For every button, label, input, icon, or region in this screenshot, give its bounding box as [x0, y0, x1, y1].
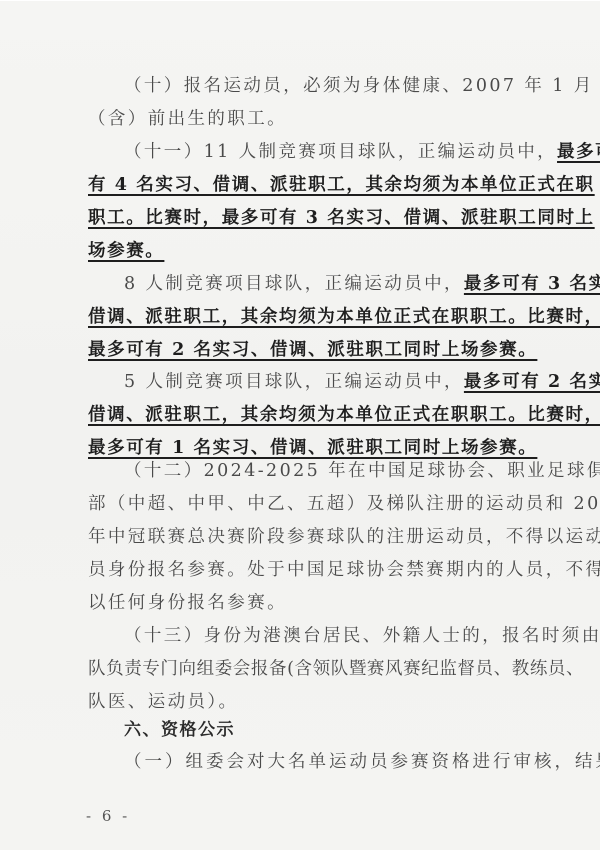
- line-text: （十三）身份为港澳台居民、外籍人士的，报名时须由领: [124, 626, 600, 646]
- line-text: （十）报名运动员，必须为身体健康、2007 年 1 月 1 日: [124, 76, 600, 96]
- emphasized-text: 最多可有 1 名实习、借调、派驻职工同时上场参赛。: [88, 438, 537, 458]
- emphasized-text: 最多可有 3 名实习、: [464, 274, 600, 294]
- emphasized-text: 最多可有 2 名实习、: [464, 372, 600, 392]
- emphasized-text: 借调、派驻职工，其余均须为本单位正式在职职工。比赛时，: [88, 405, 600, 425]
- section-heading-text: 六、资格公示: [124, 720, 235, 740]
- line-text: 员身份报名参赛。处于中国足球协会禁赛期内的人员，不得: [88, 560, 600, 580]
- text-line: 年中冠联赛总决赛阶段参赛球队的注册运动员，不得以运动: [88, 524, 518, 550]
- document-page: （十）报名运动员，必须为身体健康、2007 年 1 月 1 日 （含）前出生的职…: [0, 0, 600, 850]
- line-text: 以任何身份报名参赛。: [88, 593, 287, 613]
- line-text: （十二）2024-2025 年在中国足球协会、职业足球俱乐: [124, 461, 600, 481]
- line-text: （含）前出生的职工。: [88, 109, 287, 129]
- line-text: 8 人制竞赛项目球队，正编运动员中，: [124, 274, 464, 294]
- text-line: 借调、派驻职工，其余均须为本单位正式在职职工。比赛时，: [88, 402, 518, 428]
- emphasized-text: 借调、派驻职工，其余均须为本单位正式在职职工。比赛时，: [88, 307, 600, 327]
- line-text: 5 人制竞赛项目球队，正编运动员中，: [124, 372, 464, 392]
- text-line: 借调、派驻职工，其余均须为本单位正式在职职工。比赛时，: [88, 304, 518, 330]
- text-line: 最多可有 2 名实习、借调、派驻职工同时上场参赛。: [88, 337, 518, 363]
- text-line: 队负责专门向组委会报备(含领队暨赛风赛纪监督员、教练员、: [88, 656, 518, 682]
- text-line: （十三）身份为港澳台居民、外籍人士的，报名时须由领: [124, 623, 518, 649]
- text-line: （含）前出生的职工。: [88, 106, 518, 132]
- text-line: 职工。比赛时，最多可有 3 名实习、借调、派驻职工同时上: [88, 205, 518, 231]
- line-text: （一）组委会对大名单运动员参赛资格进行审核，结果: [124, 752, 600, 772]
- line-text: 年中冠联赛总决赛阶段参赛球队的注册运动员，不得以运动: [88, 527, 600, 547]
- page-number: - 6 -: [86, 807, 130, 825]
- section-heading: 六、资格公示: [124, 717, 518, 743]
- text-line: （十一）11 人制竞赛项目球队，正编运动员中，最多可: [124, 139, 518, 165]
- text-line: 以任何身份报名参赛。: [88, 590, 518, 616]
- emphasized-text: 职工。比赛时，最多可有 3 名实习、借调、派驻职工同时上: [88, 208, 595, 228]
- text-line: 部（中超、中甲、中乙、五超）及梯队注册的运动员和 2025: [88, 491, 518, 517]
- line-text: 部（中超、中甲、中乙、五超）及梯队注册的运动员和 2025: [88, 494, 600, 514]
- text-line: （十）报名运动员，必须为身体健康、2007 年 1 月 1 日: [124, 73, 518, 99]
- emphasized-text: 场参赛。: [88, 241, 164, 261]
- emphasized-text: 最多可: [557, 142, 600, 162]
- text-line: 8 人制竞赛项目球队，正编运动员中，最多可有 3 名实习、: [124, 271, 518, 297]
- text-line: 5 人制竞赛项目球队，正编运动员中，最多可有 2 名实习、: [124, 369, 518, 395]
- line-text: 队负责专门向组委会报备(含领队暨赛风赛纪监督员、教练员、: [88, 659, 584, 679]
- line-text: 队医、运动员）。: [88, 692, 238, 712]
- text-line: （十二）2024-2025 年在中国足球协会、职业足球俱乐: [124, 458, 518, 484]
- text-line: 员身份报名参赛。处于中国足球协会禁赛期内的人员，不得: [88, 557, 518, 583]
- text-line: 场参赛。: [88, 238, 518, 264]
- text-line: 队医、运动员）。: [88, 689, 518, 715]
- line-text: （十一）11 人制竞赛项目球队，正编运动员中，: [124, 142, 557, 162]
- text-line: 有 4 名实习、借调、派驻职工，其余均须为本单位正式在职: [88, 172, 518, 198]
- emphasized-text: 有 4 名实习、借调、派驻职工，其余均须为本单位正式在职: [88, 175, 595, 195]
- text-line: （一）组委会对大名单运动员参赛资格进行审核，结果: [124, 749, 518, 775]
- emphasized-text: 最多可有 2 名实习、借调、派驻职工同时上场参赛。: [88, 340, 537, 360]
